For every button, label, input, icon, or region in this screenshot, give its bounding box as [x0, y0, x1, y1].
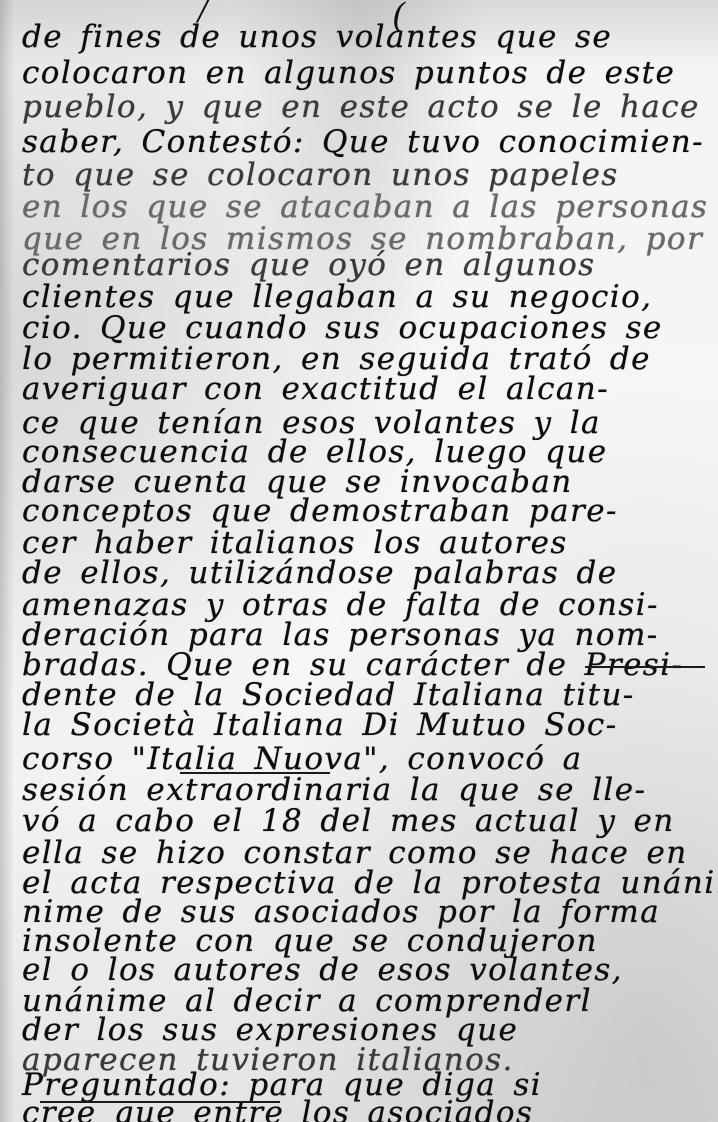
text-line: clientes que llegaban a su negocio, [22, 282, 702, 313]
text-line: colocaron en algunos puntos de este [22, 58, 702, 89]
text-line: sesión extraordinaria la que se lle- [22, 775, 702, 806]
text-line: en los que se atacaban a las personas [22, 192, 702, 223]
text-line: vó a cabo el 18 del mes actual y en [22, 806, 702, 837]
text-line: comentarios que oyó en algunos [22, 250, 702, 281]
text-line: el o los autores de esos volantes, [22, 955, 702, 986]
text-line: cio. Que cuando sus ocupaciones se [22, 313, 702, 344]
underline-presi [585, 666, 705, 668]
scan-left-edge-shadow [0, 0, 14, 1122]
text-line: la Società Italiana Di Mutuo Soc- [22, 710, 702, 741]
text-line: saber, Contestó: Que tuvo conocimien- [22, 127, 702, 158]
text-line: to que se colocaron unos papeles [22, 160, 702, 191]
text-line: de ellos, utilizándose palabras de [22, 558, 702, 589]
underline-preguntado [40, 1101, 280, 1103]
text-line: pueblo, y que en este acto se le hace [22, 92, 702, 123]
underline-italia-nuova [180, 772, 330, 774]
text-line: averiguar con exactitud el alcan- [22, 374, 702, 405]
document-page: / ( de fines de unos volantes que se col… [0, 0, 718, 1122]
text-line: de fines de unos volantes que se [22, 22, 702, 53]
text-line: conceptos que demostraban pare- [22, 496, 702, 527]
text-line: corso "Italia Nuova", convocó a [22, 744, 702, 775]
